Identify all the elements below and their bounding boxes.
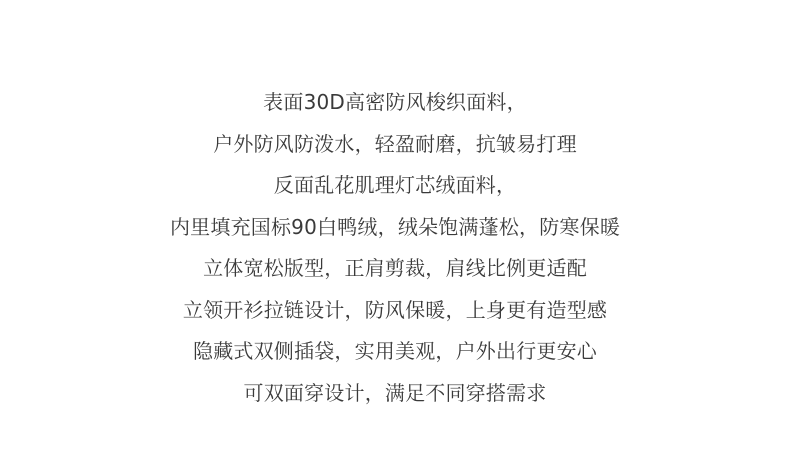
feature-line-down-filling: 内里填充国标90白鸭绒，绒朵饱满蓬松，防寒保暖: [0, 207, 790, 249]
feature-line-fit: 立体宽松版型，正肩剪裁，肩线比例更适配: [0, 248, 790, 290]
product-feature-list: 表面30D高密防风梭织面料， 户外防风防泼水，轻盈耐磨，抗皱易打理 反面乱花肌理…: [0, 82, 790, 414]
feature-line-reversible: 可双面穿设计，满足不同穿搭需求: [0, 373, 790, 415]
feature-line-fabric-outer: 表面30D高密防风梭织面料，: [0, 82, 790, 124]
feature-line-pockets: 隐藏式双侧插袋，实用美观，户外出行更安心: [0, 331, 790, 373]
feature-line-fabric-reverse: 反面乱花肌理灯芯绒面料，: [0, 165, 790, 207]
feature-line-water-resistance: 户外防风防泼水，轻盈耐磨，抗皱易打理: [0, 124, 790, 166]
feature-line-collar-zipper: 立领开衫拉链设计，防风保暖，上身更有造型感: [0, 290, 790, 332]
